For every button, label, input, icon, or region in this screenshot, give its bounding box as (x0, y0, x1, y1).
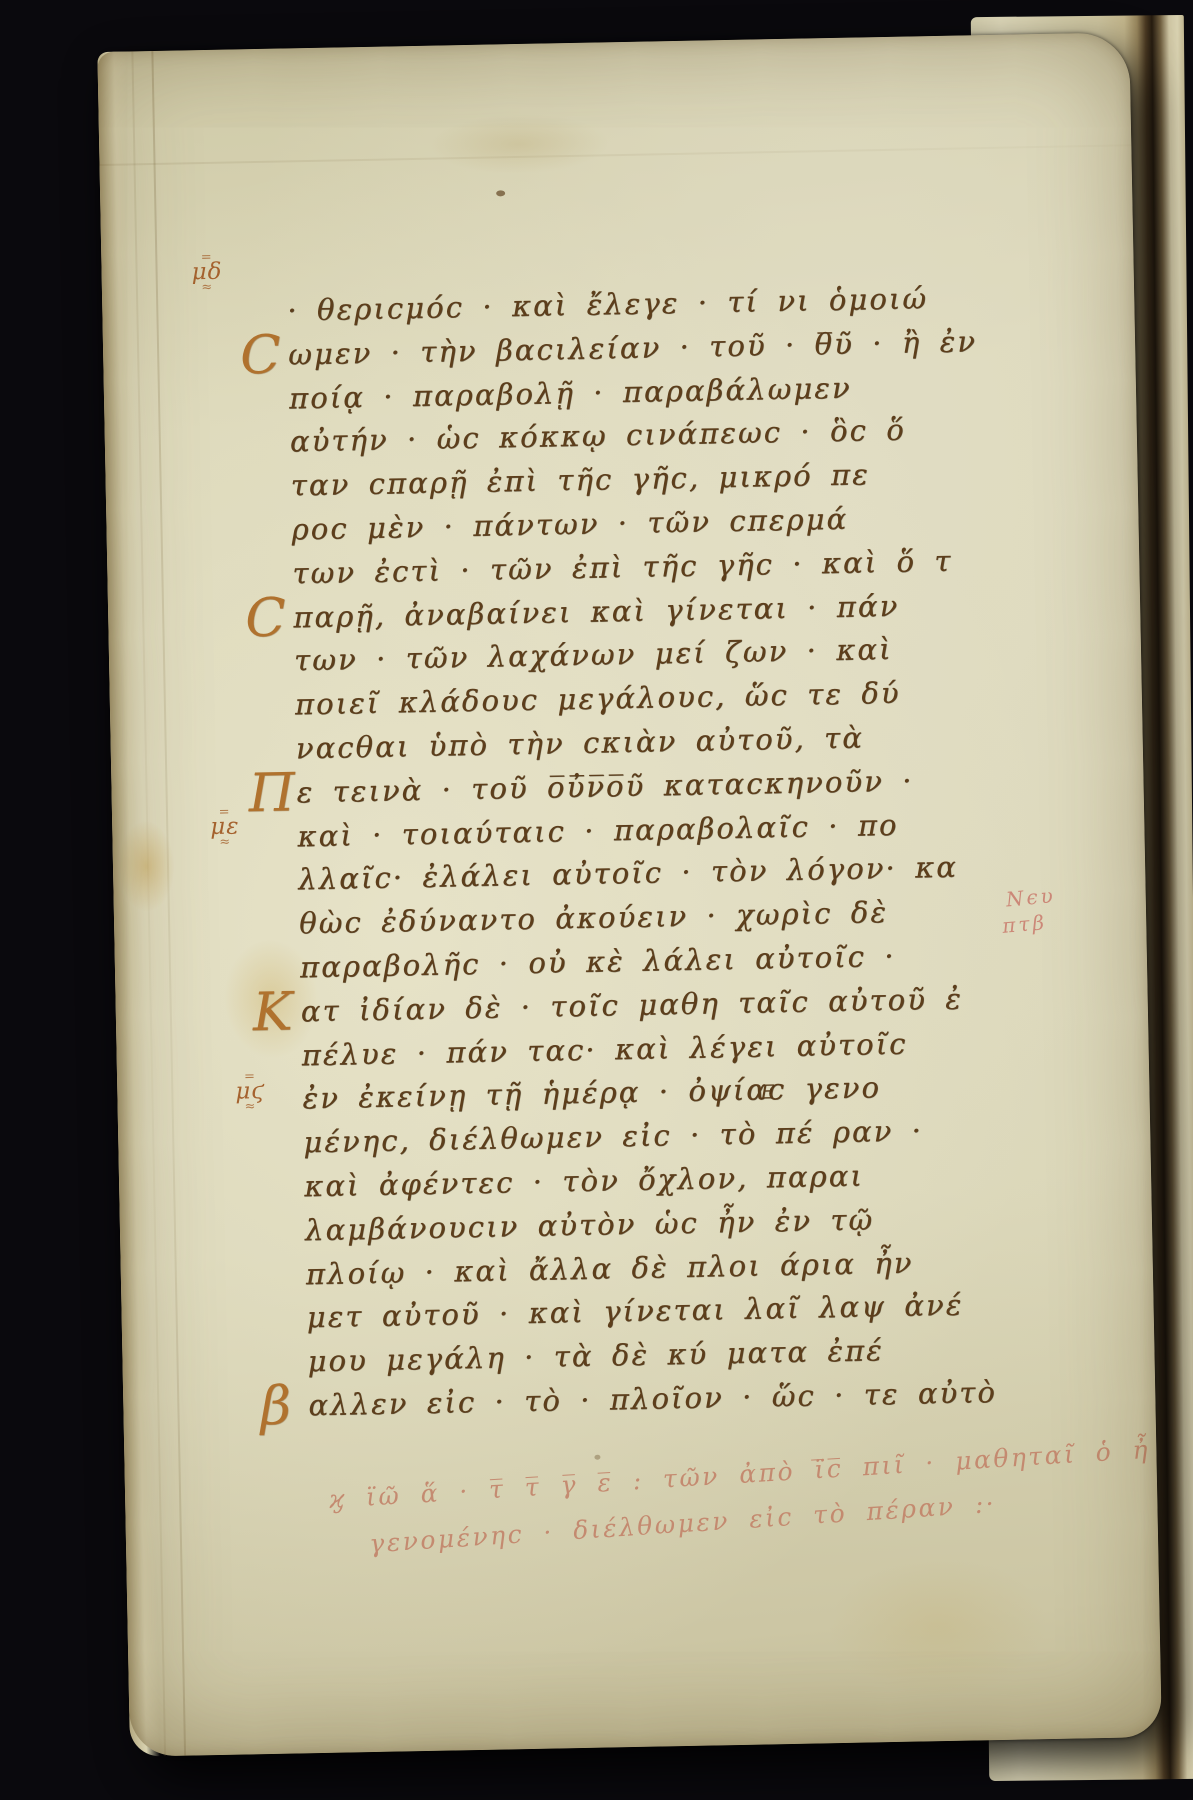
manuscript-line: ναϲθαι ὑπὸ τὴν ϲκιὰν αὐτοῦ, τὰ (295, 720, 864, 765)
line-text: αλλεν εἰϲ · τὸ · πλοῖον · ὥϲ · τε αὐτὸ (308, 1375, 997, 1422)
line-text: ε τεινὰ · τοῦ ο̅ὐ̅ν̅ο̅ῦ καταϲκηνοῦν · (296, 763, 913, 809)
manuscript-line: θὼϲ ἐδύναντο ἀκούειν · χωρὶϲ δὲ (299, 895, 888, 940)
manuscript-line: μου μεγάλη · τὰ δὲ κύ ματα ἐπέ (307, 1333, 884, 1378)
line-text: πλοίῳ · καὶ ἄλλα δὲ πλοι άρια ἦν (306, 1245, 914, 1291)
flourish-mark: ≈ (192, 280, 223, 296)
manuscript-line: ταν ϲπαρῇ ἐπὶ τῆϲ γῆϲ, μικρό πε (290, 457, 870, 502)
manuscript-line: μένηϲ, διέλθωμεν εἰϲ · τὸ πέ ραν · (303, 1114, 923, 1160)
manuscript-line: ροϲ μὲν · πάντων · τῶν ϲπερμά (291, 502, 848, 547)
line-text: λαμβάνουϲιν αὐτὸν ὡϲ ἦν ἐν τῷ (305, 1202, 875, 1247)
rubricated-initial: β (260, 1380, 294, 1434)
manuscript-line: λλαῖϲ· ἐλάλει αὐτοῖϲ · τὸν λόγον· κα (298, 850, 958, 897)
manuscript-line: λαμβάνουϲιν αὐτὸν ὡϲ ἦν ἐν τῷ (305, 1202, 875, 1247)
flourish-mark: = (191, 250, 222, 266)
manuscript-photo: { "text": { "lines": [ {"init":"", "body… (0, 0, 1193, 1800)
line-text: των · τῶν λαχάνων μεί ζων · καὶ (294, 632, 893, 677)
right-margin-red-note: Νϵυ πτβ (1005, 882, 1059, 938)
rubricated-initial: Π (248, 766, 297, 820)
manuscript-line: πέλυε · πάν ταϲ· καὶ λέγει αὐτοῖϲ (301, 1026, 907, 1072)
flourish-mark: = (210, 804, 240, 820)
line-text: των ἐϲτὶ · τῶν ἐπὶ τῆϲ γῆϲ · καὶ ὅ τ (292, 544, 953, 591)
manuscript-line: μετ αὐτοῦ · καὶ γίνεται λαῖ λαψ ἀνέ (306, 1288, 963, 1335)
line-text: ατ ἰδίαν δὲ · τοῖϲ μαθη ταῖϲ αὐτοῦ ἐ (300, 981, 963, 1028)
flourish-mark: ≈ (210, 834, 240, 850)
line-text: ποίᾳ · παραβολῇ · παραβάλωμεν (289, 370, 852, 415)
line-text: θὼϲ ἐδύναντο ἀκούειν · χωρὶϲ δὲ (299, 895, 888, 940)
line-text: καὶ ἀφέντεϲ · τὸν ὄχλον, παραι (304, 1159, 864, 1204)
manuscript-line: παραβολῆϲ · οὐ κὲ λάλει αὐτοῖϲ · (300, 939, 896, 984)
line-text: παραβολῆϲ · οὐ κὲ λάλει αὐτοῖϲ · (300, 939, 896, 984)
rubricated-initial: Ϲ (245, 591, 289, 645)
flourish-mark: ≈ (236, 1099, 266, 1115)
line-text: λλαῖϲ· ἐλάλει αὐτοῖϲ · τὸν λόγον· κα (298, 850, 958, 897)
line-text: μετ αὐτοῦ · καὶ γίνεται λαῖ λαψ ἀνέ (306, 1288, 963, 1335)
manuscript-line: ποιεῖ κλάδουϲ μεγάλουϲ, ὥϲ τε δύ (295, 676, 901, 722)
line-text: ποιεῖ κλάδουϲ μεγάλουϲ, ὥϲ τε δύ (295, 676, 901, 722)
manuscript-line: βαλλεν εἰϲ · τὸ · πλοῖον · ὥϲ · τε αὐτὸ (308, 1375, 997, 1422)
manuscript-line: · θεριϲμόϲ · καὶ ἔλεγε · τί νι ὁμοιώ (287, 281, 928, 327)
parchment-page: · θεριϲμόϲ · καὶ ἔλεγε · τί νι ὁμοιώϹωμε… (97, 32, 1162, 1756)
line-text: ἐν ἐκείνῃ τῇ ἡμέρᾳ · ὀψίαϲ γενο (302, 1071, 881, 1116)
line-text: · θεριϲμόϲ · καὶ ἔλεγε · τί νι ὁμοιώ (287, 281, 928, 327)
manuscript-line: των · τῶν λαχάνων μεί ζων · καὶ (294, 632, 893, 677)
line-text: αὐτήν · ὡϲ κόκκῳ ϲινάπεωϲ · ὃϲ ὅ (290, 413, 907, 459)
left-margin-section-number: =μδ≈ (191, 250, 223, 296)
manuscript-line: Κατ ἰδίαν δὲ · τοῖϲ μαθη ταῖϲ αὐτοῦ ἐ (300, 981, 963, 1028)
interlinear-correction: Ε (760, 1081, 774, 1103)
line-text: πέλυε · πάν ταϲ· καὶ λέγει αὐτοῖϲ (301, 1026, 907, 1072)
text-block: · θεριϲμόϲ · καὶ ἔλεγε · τί νι ὁμοιώϹωμε… (97, 32, 1162, 1756)
manuscript-line: των ἐϲτὶ · τῶν ἐπὶ τῆϲ γῆϲ · καὶ ὅ τ (292, 544, 953, 591)
line-text: μένηϲ, διέλθωμεν εἰϲ · τὸ πέ ραν · (303, 1114, 923, 1160)
manuscript-line: πλοίῳ · καὶ ἄλλα δὲ πλοι άρια ἦν (306, 1245, 914, 1291)
manuscript-line: καὶ · τοιαύταιϲ · παραβολαῖϲ · πο (297, 807, 899, 853)
right-margin-red-note-line1: Νϵυ (1005, 882, 1057, 912)
left-margin-section-number: =μϛ≈ (235, 1069, 266, 1115)
line-text: καὶ · τοιαύταιϲ · παραβολαῖϲ · πο (297, 807, 899, 853)
line-text: ταν ϲπαρῇ ἐπὶ τῆϲ γῆϲ, μικρό πε (290, 457, 870, 502)
manuscript-line: Πε τεινὰ · τοῦ ο̅ὐ̅ν̅ο̅ῦ καταϲκηνοῦν · (296, 763, 913, 809)
manuscript-line: ἐν ἐκείνῃ τῇ ἡμέρᾳ · ὀψίαϲ γενο (302, 1071, 881, 1116)
manuscript-line: αὐτήν · ὡϲ κόκκῳ ϲινάπεωϲ · ὃϲ ὅ (290, 413, 907, 459)
rubricated-initial: Ϲ (240, 328, 284, 382)
line-text: ναϲθαι ὑπὸ τὴν ϲκιὰν αὐτοῦ, τὰ (295, 720, 864, 765)
manuscript-line: καὶ ἀφέντεϲ · τὸν ὄχλον, παραι (304, 1159, 864, 1204)
flourish-mark: = (235, 1069, 265, 1085)
rubricated-initial: Κ (252, 985, 295, 1039)
manuscript-line: Ϲπαρῇ, ἀναβαίνει καὶ γίνεται · πάν (293, 588, 900, 634)
line-text: μου μεγάλη · τὰ δὲ κύ ματα ἐπέ (307, 1333, 884, 1378)
line-text: παρῇ, ἀναβαίνει καὶ γίνεται · πάν (293, 588, 900, 634)
manuscript-line: ποίᾳ · παραβολῇ · παραβάλωμεν (289, 370, 852, 415)
line-text: ωμεν · τὴν βαϲιλείαν · τοῦ · θ̅ῦ · ἢ ἐν (288, 324, 977, 371)
line-text: ροϲ μὲν · πάντων · τῶν ϲπερμά (291, 502, 848, 547)
manuscript-line: Ϲωμεν · τὴν βαϲιλείαν · τοῦ · θ̅ῦ · ἢ ἐν (288, 324, 977, 371)
left-margin-section-number: =με≈ (210, 804, 240, 850)
right-margin-red-note-line2: πτβ (1001, 908, 1059, 939)
